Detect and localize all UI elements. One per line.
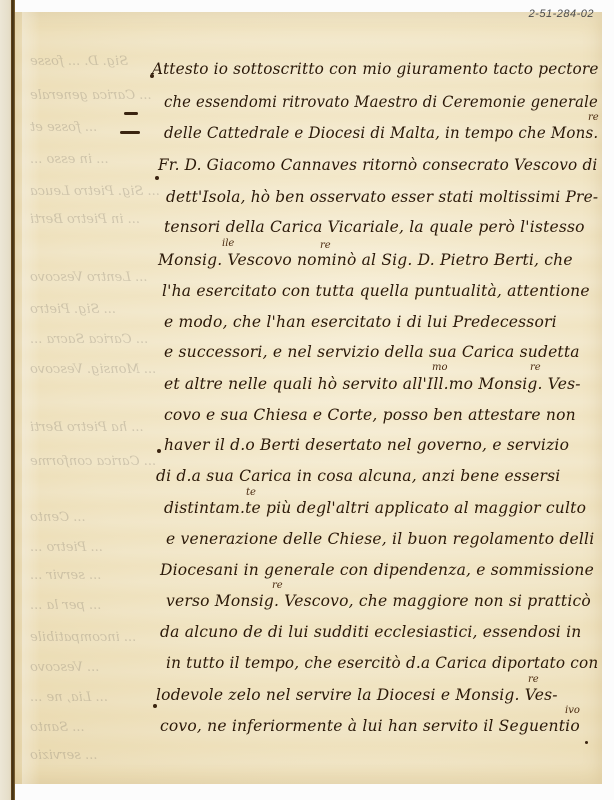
- text-line: in tutto il tempo, che esercitò d.a Cari…: [166, 654, 598, 672]
- text-line: che essendomi ritrovato Maestro di Cerem…: [164, 93, 598, 111]
- text-line: dett'Isola, hò ben osservato esser stati…: [166, 188, 598, 206]
- superscript-abbrev: re: [272, 580, 283, 591]
- text-line: verso Monsig. Vescovo, che maggiore non …: [166, 592, 591, 610]
- superscript-abbrev: ivo: [565, 705, 580, 716]
- text-line: l'ha esercitato con tutta quella puntual…: [162, 282, 590, 300]
- superscript-abbrev: te: [246, 487, 256, 498]
- text-line: lodevole zelo nel servire la Diocesi e M…: [156, 686, 558, 704]
- text-line: haver il d.o Berti desertato nel governo…: [164, 436, 569, 454]
- text-line: Attesto io sottoscritto con mio giuramen…: [152, 60, 599, 78]
- text-line: covo e sua Chiesa e Corte, posso ben att…: [164, 406, 576, 424]
- text-line: delle Cattedrale e Diocesi di Malta, in …: [164, 124, 598, 142]
- superscript-abbrev: mo: [432, 362, 448, 373]
- text-line: di d.a sua Carica in cosa alcuna, anzi b…: [156, 467, 560, 485]
- handwritten-text: Attesto io sottoscritto con mio giuramen…: [0, 0, 614, 800]
- text-line: Monsig. Vescovo nominò al Sig. D. Pietro…: [158, 251, 573, 269]
- text-line: da alcuno de di lui sudditi ecclesiastic…: [160, 623, 581, 641]
- text-line: covo, ne inferiormente à lui han servito…: [160, 717, 580, 735]
- text-line: distintam.te più degl'altri applicato al…: [164, 499, 586, 517]
- superscript-abbrev: re: [528, 674, 539, 685]
- text-line: tensori della Carica Vicariale, la quale…: [164, 218, 585, 236]
- text-line: e venerazione delle Chiese, il buon rego…: [166, 530, 594, 548]
- text-line: e successori, e nel servizio della sua C…: [164, 343, 580, 361]
- text-line: Fr. D. Giacomo Cannaves ritornò consecra…: [158, 156, 597, 174]
- superscript-abbrev: re: [320, 240, 331, 251]
- superscript-abbrev: re: [588, 112, 599, 123]
- text-line: Diocesani in generale con dipendenza, e …: [160, 561, 594, 579]
- text-line: et altre nelle quali hò servito all'Ill.…: [164, 375, 581, 393]
- superscript-abbrev: re: [530, 362, 541, 373]
- text-line: e modo, che l'han esercitato i di lui Pr…: [164, 313, 557, 331]
- superscript-abbrev: ile: [222, 238, 234, 249]
